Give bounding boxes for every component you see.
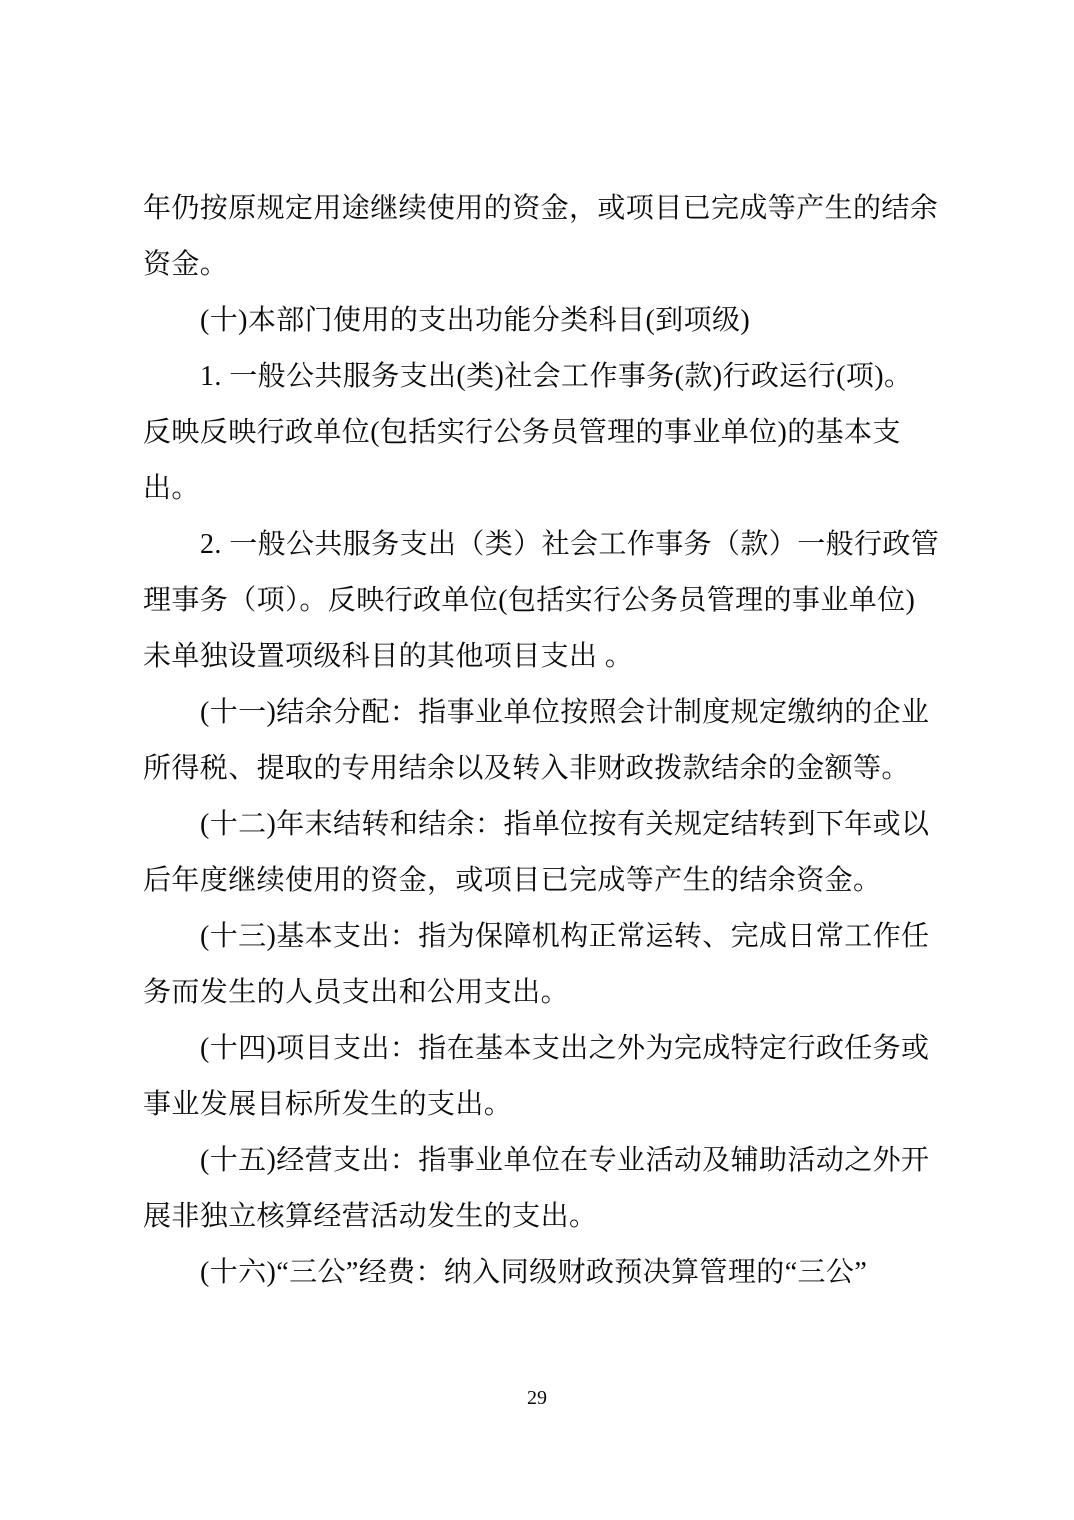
page-number: 29 bbox=[0, 1385, 1074, 1411]
text-line: 事业发展目标所发生的支出。 bbox=[143, 1077, 948, 1133]
text-line: 资金。 bbox=[143, 237, 948, 293]
text-line: 出。 bbox=[143, 461, 948, 517]
text-line: 展非独立核算经营活动发生的支出。 bbox=[143, 1189, 948, 1245]
text-line: (十三)基本支出：指为保障机构正常运转、完成日常工作任 bbox=[143, 909, 948, 965]
text-line: 理事务（项）。反映行政单位(包括实行公务员管理的事业单位) bbox=[143, 573, 948, 629]
text-line: 所得税、提取的专用结余以及转入非财政拨款结余的金额等。 bbox=[143, 741, 948, 797]
text-line: 年仍按原规定用途继续使用的资金，或项目已完成等产生的结余 bbox=[143, 181, 948, 237]
document-page: 年仍按原规定用途继续使用的资金，或项目已完成等产生的结余资金。(十)本部门使用的… bbox=[0, 0, 1074, 1520]
text-line: (十五)经营支出：指事业单位在专业活动及辅助活动之外开 bbox=[143, 1133, 948, 1189]
text-line: 未单独设置项级科目的其他项目支出 。 bbox=[143, 629, 948, 685]
text-line: 务而发生的人员支出和公用支出。 bbox=[143, 965, 948, 1021]
text-line: 2. 一般公共服务支出（类）社会工作事务（款）一般行政管 bbox=[143, 517, 948, 573]
text-line: (十四)项目支出：指在基本支出之外为完成特定行政任务或 bbox=[143, 1021, 948, 1077]
text-line: 反映反映行政单位(包括实行公务员管理的事业单位)的基本支 bbox=[143, 405, 948, 461]
text-line: 1. 一般公共服务支出(类)社会工作事务(款)行政运行(项)。 bbox=[143, 349, 948, 405]
text-line: 后年度继续使用的资金，或项目已完成等产生的结余资金。 bbox=[143, 853, 948, 909]
text-line: (十六)“三公”经费：纳入同级财政预决算管理的“三公” bbox=[143, 1245, 948, 1301]
text-line: (十二)年末结转和结余：指单位按有关规定结转到下年或以 bbox=[143, 797, 948, 853]
text-line: (十)本部门使用的支出功能分类科目(到项级) bbox=[143, 293, 948, 349]
body-text: 年仍按原规定用途继续使用的资金，或项目已完成等产生的结余资金。(十)本部门使用的… bbox=[143, 181, 948, 1301]
text-line: (十一)结余分配：指事业单位按照会计制度规定缴纳的企业 bbox=[143, 685, 948, 741]
